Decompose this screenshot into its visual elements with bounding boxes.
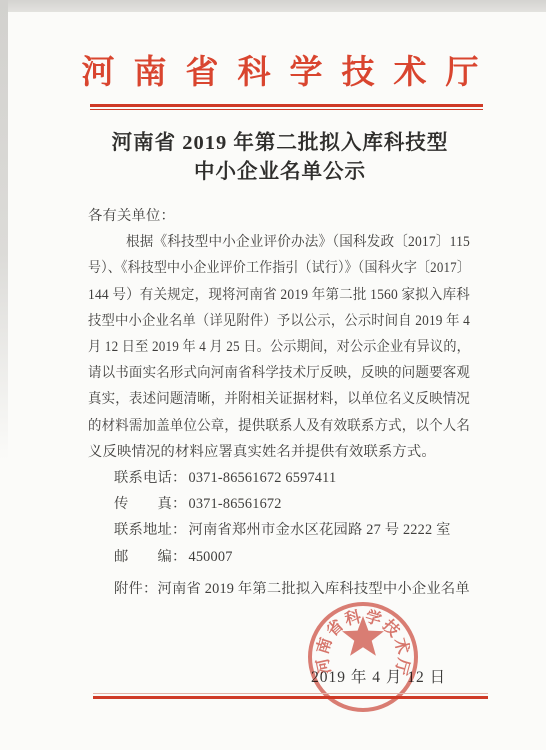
salutation: 各有关单位： [88,203,470,229]
scan-edge-left [0,0,8,460]
contact-value: 河南省郑州市金水区花园路 27 号 2222 室 [188,522,450,538]
scan-edge-top [0,0,546,12]
body-line-text: 根据《科技型中小企业评价办法》（国科发政〔2017〕115 [126,229,470,255]
body-line-text: 技型中小企业名单（详见附件）予以公示，公示时间自 2019 年 4 [88,308,470,334]
footer-rule [93,693,488,699]
body-line: 号）、《科技型中小企业评价工作指引（试行）》（国科火字〔2017〕 [88,255,470,281]
contact-row: 传 真：0371-86561672 [88,491,470,517]
contact-label: 邮 编： [114,549,186,565]
body-line-text: 的材料需加盖单位公章，提供联系人及有效联系方式，以个人名 [88,413,470,439]
main-paragraph: 根据《科技型中小企业评价办法》（国科发政〔2017〕115号）、《科技型中小企业… [88,229,470,465]
contact-value: 0371-86561672 6597411 [188,470,336,486]
body-line-text: 义反映情况的材料应署真实姓名并提供有效联系方式。 [88,439,436,465]
body-line: 义反映情况的材料应署真实姓名并提供有效联系方式。 [88,439,470,465]
header-rule [90,104,483,110]
body-line: 144 号）有关规定，现将河南省 2019 年第二批 1560 家拟入库科 [88,282,470,308]
title-line-2: 中小企业名单公示 [14,158,546,187]
contact-label: 联系电话： [114,470,186,486]
body-line: 月 12 日至 2019 年 4 月 25 日。公示期间，对公示企业有异议的， [88,334,470,360]
body-line: 真实，表述问题清晰，并附相关证据材料，以单位名义反映情况 [88,386,470,412]
paper: 河南省科学技术厅 河南省 2019 年第二批拟入库科技型 中小企业名单公示 各有… [0,0,546,750]
body-line: 的材料需加盖单位公章，提供联系人及有效联系方式，以个人名 [88,413,470,439]
official-seal: 河南省科学技术厅 [288,582,438,732]
contact-row: 邮 编：450007 [88,544,470,570]
scanned-document: 河南省科学技术厅 河南省 2019 年第二批拟入库科技型 中小企业名单公示 各有… [0,0,546,750]
document-title: 河南省 2019 年第二批拟入库科技型 中小企业名单公示 [14,129,546,186]
contact-list: 联系电话：0371-86561672 6597411传 真：0371-86561… [88,465,470,570]
body-line-text: 真实，表述问题清晰，并附相关证据材料，以单位名义反映情况 [88,386,470,412]
body-line: 请以书面实名形式向河南省科学技术厅反映，反映的问题要客观 [88,360,470,386]
contact-value: 0371-86561672 [188,496,281,512]
body-line-text: 号）、《科技型中小企业评价工作指引（试行）》（国科火字〔2017〕 [88,255,470,281]
body-line: 技型中小企业名单（详见附件）予以公示，公示时间自 2019 年 4 [88,308,470,334]
contact-label: 传 真： [114,496,186,512]
contact-row: 联系地址：河南省郑州市金水区花园路 27 号 2222 室 [88,517,470,543]
body-line: 根据《科技型中小企业评价办法》（国科发政〔2017〕115 [88,229,470,255]
body-line-text: 请以书面实名形式向河南省科学技术厅反映，反映的问题要客观 [88,360,470,386]
body-line-text: 144 号）有关规定，现将河南省 2019 年第二批 1560 家拟入库科 [88,282,470,308]
body-line-text: 月 12 日至 2019 年 4 月 25 日。公示期间，对公示企业有异议的， [88,334,470,360]
contact-value: 450007 [188,549,232,565]
title-line-1: 河南省 2019 年第二批拟入库科技型 [14,129,546,158]
body-content: 各有关单位： 根据《科技型中小企业评价办法》（国科发政〔2017〕115号）、《… [88,203,470,602]
agency-header: 河南省科学技术厅 [14,54,546,92]
contact-row: 联系电话：0371-86561672 6597411 [88,465,470,491]
contact-label: 联系地址： [114,522,186,538]
